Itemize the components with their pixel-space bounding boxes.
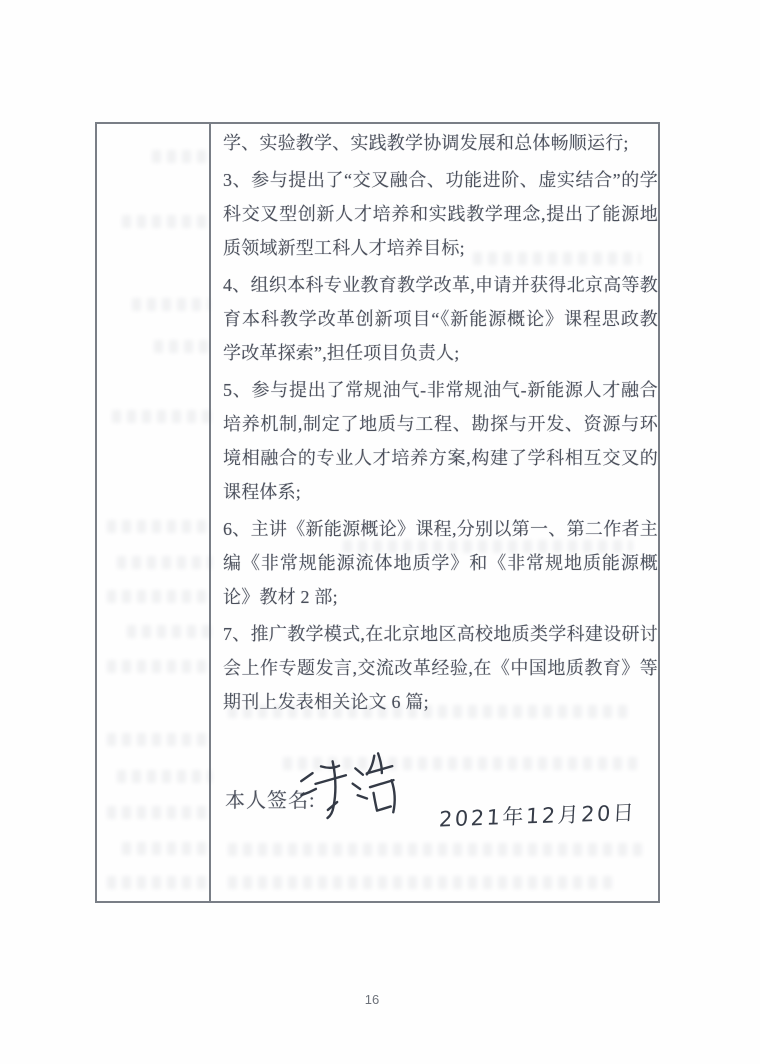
paragraph-item-4: 4、组织本科专业教育教学改革,申请并获得北京高等教育本科教学改革创新项目“《新能… <box>223 268 658 370</box>
form-table: 学、实验教学、实践教学协调发展和总体畅顺运行; 3、参与提出了“交叉融合、功能进… <box>95 122 660 903</box>
bleedthrough-artifact <box>127 625 212 638</box>
bleedthrough-artifact <box>117 770 212 783</box>
bleedthrough-artifact <box>107 806 212 819</box>
bleedthrough-artifact <box>107 590 212 603</box>
paragraph-item-3: 3、参与提出了“交叉融合、功能进阶、虚实结合”的学科交叉型创新人才培养和实践教学… <box>223 163 658 265</box>
paragraph-item-7: 7、推广教学模式,在北京地区高校地质类学科建设研讨会上作专题发言,交流改革经验,… <box>223 617 658 719</box>
signature-row: 本人签名: <box>223 722 658 902</box>
bleedthrough-artifact <box>122 215 212 228</box>
bleedthrough-artifact <box>132 298 210 311</box>
bleedthrough-artifact <box>107 660 212 673</box>
scanned-document-page: 学、实验教学、实践教学协调发展和总体畅顺运行; 3、参与提出了“交叉融合、功能进… <box>0 0 760 1064</box>
bleedthrough-artifact <box>112 410 212 423</box>
paragraph-item-5: 5、参与提出了常规油气-非常规油气-新能源人才融合培养机制,制定了地质与工程、勘… <box>223 373 658 509</box>
table-content-cell: 学、实验教学、实践教学协调发展和总体畅顺运行; 3、参与提出了“交叉融合、功能进… <box>211 124 658 901</box>
bleedthrough-artifact <box>154 340 214 353</box>
bleedthrough-artifact <box>152 150 212 163</box>
paragraph-continuation: 学、实验教学、实践教学协调发展和总体畅顺运行; <box>223 126 658 160</box>
bleedthrough-artifact <box>122 842 212 855</box>
table-left-cell <box>97 124 211 901</box>
bleedthrough-artifact <box>107 733 212 746</box>
paragraph-item-6: 6、主讲《新能源概论》课程,分别以第一、第二作者主编《非常规能源流体地质学》和《… <box>223 512 658 614</box>
handwritten-signature <box>295 750 403 826</box>
bleedthrough-artifact <box>107 520 212 533</box>
bleedthrough-artifact <box>107 876 212 889</box>
page-number: 16 <box>0 992 744 1007</box>
handwritten-date: 2021年12月20日 <box>438 797 637 834</box>
bleedthrough-artifact <box>117 556 212 569</box>
